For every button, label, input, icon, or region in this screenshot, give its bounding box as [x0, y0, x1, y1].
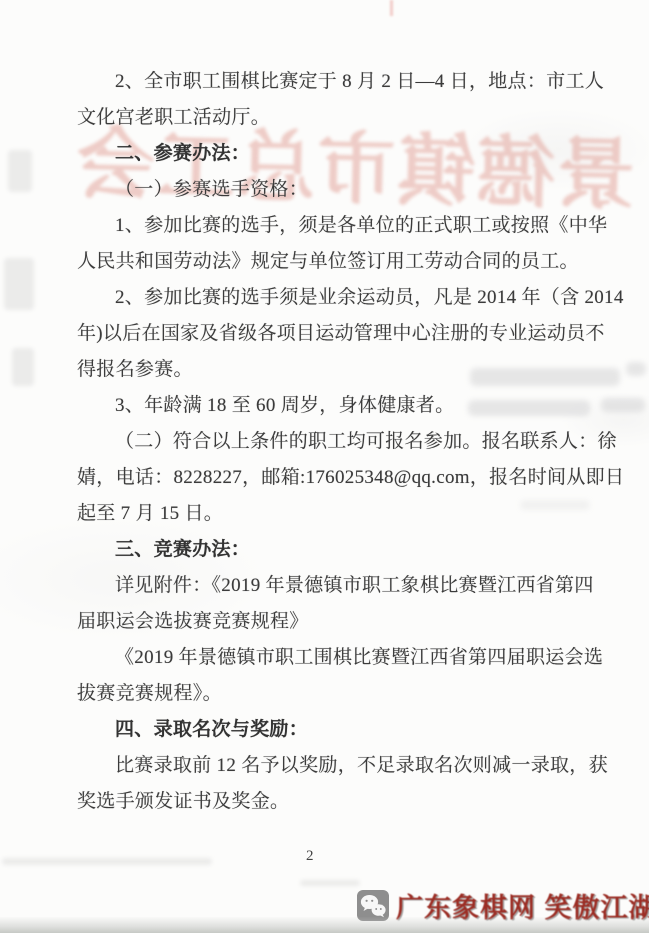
document-line: 2、全市职工围棋比赛定于 8 月 2 日—4 日，地点：市工人	[77, 64, 580, 100]
document-line: （一）参赛选手资格：	[77, 172, 580, 208]
document-line: 奖选手颁发证书及奖金。	[77, 784, 580, 820]
document-line: 拔赛竞赛规程》。	[77, 676, 580, 712]
document-line: 3、年龄满 18 至 60 周岁，身体健康者。	[77, 388, 580, 424]
wechat-icon	[357, 890, 389, 921]
scan-artifact	[12, 348, 34, 386]
scan-artifact	[8, 150, 32, 192]
document-line: 得报名参赛。	[77, 352, 580, 388]
document-line: 1、参加比赛的选手，须是各单位的正式职工或按照《中华	[77, 208, 580, 244]
document-line: 《2019 年景德镇市职工围棋比赛暨江西省第四届职运会选	[77, 640, 580, 676]
document-line: （二）符合以上条件的职工均可报名参加。报名联系人：徐	[77, 424, 580, 460]
document-heading-line: 二、参赛办法：	[77, 136, 580, 172]
scanned-page: 景德镇市总工会 2、全市职工围棋比赛定于 8 月 2 日—4 日，地点：市工人文…	[0, 0, 649, 933]
scan-artifact	[2, 858, 212, 865]
document-line: 比赛录取前 12 名予以奖励，不足录取名次则减一录取，获	[77, 748, 580, 784]
document-line: 届职运会选拔赛竞赛规程》	[77, 604, 580, 640]
bleedthrough-smudge	[626, 362, 646, 376]
document-heading-line: 三、竞赛办法：	[77, 532, 580, 568]
scan-artifact	[4, 258, 34, 310]
page-number: 2	[306, 848, 315, 865]
document-line: 年)以后在国家及省级各项目运动管理中心注册的专业运动员不	[77, 316, 580, 352]
document-body: 2、全市职工围棋比赛定于 8 月 2 日—4 日，地点：市工人文化宫老职工活动厅…	[77, 64, 580, 820]
scan-edge	[0, 917, 649, 933]
document-heading-line: 四、录取名次与奖励：	[77, 712, 580, 748]
bleedthrough-smudge	[601, 398, 645, 412]
scan-artifact	[300, 880, 360, 886]
document-line: 人民共和国劳动法》规定与单位签订用工劳动合同的员工。	[77, 244, 580, 280]
document-line: 文化宫老职工活动厅。	[77, 100, 580, 136]
document-line: 起至 7 月 15 日。	[77, 496, 580, 532]
document-line: 详见附件：《2019 年景德镇市职工象棋比赛暨江西省第四	[77, 568, 580, 604]
document-line: 2、参加比赛的选手须是业余运动员，凡是 2014 年（含 2014	[77, 280, 580, 316]
fold-crease	[390, 0, 393, 16]
document-line: 婧，电话：8228227，邮箱:176025348@qq.com，报名时间从即日	[77, 460, 580, 496]
